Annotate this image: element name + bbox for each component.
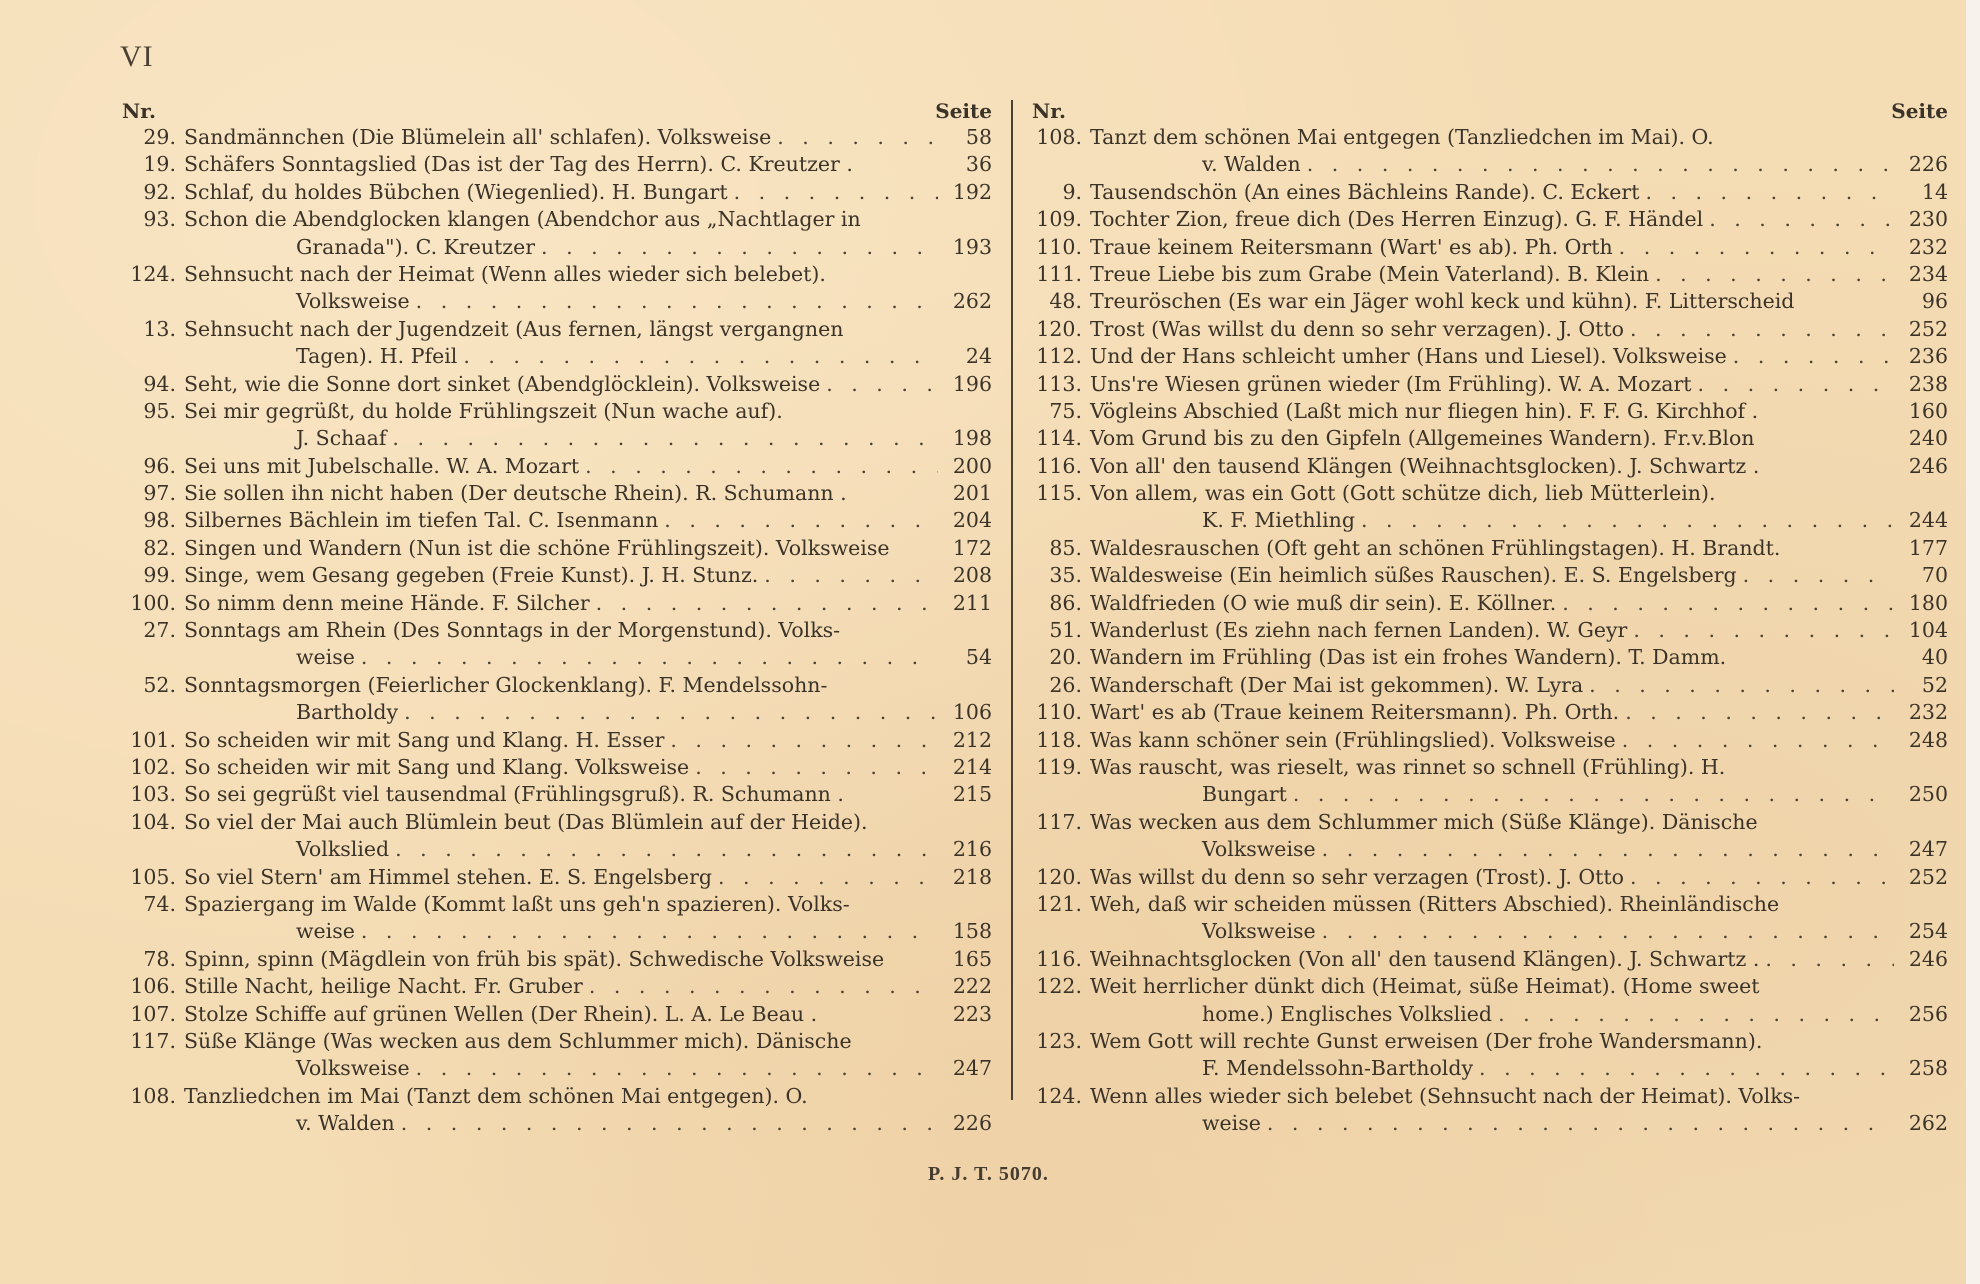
index-entry: 74.Spaziergang im Walde (Kommt laßt uns …	[112, 891, 992, 918]
entry-number: 115.	[1030, 480, 1090, 507]
entry-number: 86.	[1030, 590, 1090, 617]
index-entry: 96.Sei uns mit Jubelschalle. W. A. Mozar…	[112, 453, 992, 480]
page-reference: 246	[1900, 946, 1948, 973]
entry-title: Volksweise	[1202, 836, 1316, 863]
entry-number: 120.	[1030, 316, 1090, 343]
entry-number: 75.	[1030, 398, 1090, 425]
dot-leader: . . . . . . . . . . . . . . . . . . . . …	[1709, 206, 1894, 233]
page-reference: 262	[944, 288, 992, 315]
dot-leader: . . . . . . . . . . . . . . . . . . . . …	[695, 754, 938, 781]
page-reference: 52	[1900, 672, 1948, 699]
entry-title: Süße Klänge (Was wecken aus dem Schlumme…	[184, 1028, 852, 1055]
entry-number: 52.	[112, 672, 184, 699]
entry-number: 51.	[1030, 617, 1090, 644]
page-reference: 160	[1900, 398, 1948, 425]
entry-number: 20.	[1030, 644, 1090, 671]
index-list: 29.Sandmännchen (Die Blümelein all' schl…	[112, 124, 992, 1137]
page-reference: 222	[944, 973, 992, 1000]
page-reference: 244	[1900, 507, 1948, 534]
entry-title: Tagen). H. Pfeil	[296, 343, 457, 370]
entry-number: 13.	[112, 316, 184, 343]
dot-leader: . . . . . . . . . . . . . . . . . . . . …	[826, 371, 938, 398]
page-reference: 211	[944, 590, 992, 617]
dot-leader: . . . . . . . . . . . . . . . . . . . . …	[392, 425, 938, 452]
entry-number: 29.	[112, 124, 184, 151]
dot-leader: . . . . . . . . . . . . . . . . . . . . …	[764, 562, 938, 589]
entry-number: 99.	[112, 562, 184, 589]
dot-leader: . . . . . . . . . . . . . . . . . . . . …	[1743, 562, 1894, 589]
page-reference: 36	[944, 151, 992, 178]
index-entry: 86.Waldfrieden (O wie muß dir sein). E. …	[1030, 590, 1948, 617]
dot-leader: . . . . . . . . . . . . . . . . . . . . …	[1307, 151, 1894, 178]
column-divider	[1011, 100, 1013, 1100]
index-entry: 116.Von all' den tausend Klängen (Weihna…	[1030, 453, 1948, 480]
page-reference: 70	[1900, 562, 1948, 589]
entry-number: 123.	[1030, 1028, 1090, 1055]
entry-title: Volksweise	[296, 288, 410, 315]
page-header: Seite	[935, 98, 992, 124]
dot-leader: . . . . . . . . . . . . . . . . . . . . …	[777, 124, 938, 151]
entry-number: 117.	[112, 1028, 184, 1055]
entry-title: Schlaf, du holdes Bübchen (Wiegenlied). …	[184, 179, 728, 206]
page-edge	[1966, 0, 1980, 1284]
nr-header: Nr.	[122, 98, 156, 124]
entry-title: Vom Grund bis zu den Gipfeln (Allgemeine…	[1090, 425, 1755, 452]
index-entry: 29.Sandmännchen (Die Blümelein all' schl…	[112, 124, 992, 151]
dot-leader: . . . . . . . . . . . . . . . . . . . . …	[541, 234, 938, 261]
dot-leader: . . . . . . . . . . . . . . . . . . . . …	[1293, 781, 1894, 808]
entry-title: F. Mendelssohn-Bartholdy	[1202, 1055, 1473, 1082]
page-reference: 200	[944, 453, 992, 480]
entry-title: Was wecken aus dem Schlummer mich (Süße …	[1090, 809, 1758, 836]
index-entry: 75.Vögleins Abschied (Laßt mich nur flie…	[1030, 398, 1948, 425]
entry-title: Waldesweise (Ein heimlich süßes Rauschen…	[1090, 562, 1737, 589]
dot-leader: . . . . . . . . . . . . . . . . . . . . …	[734, 179, 938, 206]
entry-title: Granada"). C. Kreutzer	[296, 234, 535, 261]
index-entry: 101.So scheiden wir mit Sang und Klang. …	[112, 727, 992, 754]
entry-number: 82.	[112, 535, 184, 562]
entry-title: So scheiden wir mit Sang und Klang. H. E…	[184, 727, 664, 754]
page-reference: 246	[1900, 453, 1948, 480]
entry-title: Wanderlust (Es ziehn nach fernen Landen)…	[1090, 617, 1627, 644]
entry-title: Volksweise	[296, 1055, 410, 1082]
entry-number: 74.	[112, 891, 184, 918]
index-column-right: Nr. Seite 108.Tanzt dem schönen Mai entg…	[1030, 98, 1948, 1137]
dot-leader: . . . . . . . . . . . . . . . . . . . . …	[1625, 699, 1894, 726]
index-entry: 52.Sonntagsmorgen (Feierlicher Glockenkl…	[112, 672, 992, 699]
page-reference: 214	[944, 754, 992, 781]
index-entry-continuation: J. Schaaf. . . . . . . . . . . . . . . .…	[112, 425, 992, 452]
page-reference: 256	[1900, 1001, 1948, 1028]
entry-title: Sonntags am Rhein (Des Sonntags in der M…	[184, 617, 840, 644]
dot-leader: . . . . . . . . . . . . . . . . . . . . …	[361, 644, 938, 671]
entry-title: Wandern im Frühling (Das ist ein frohes …	[1090, 644, 1726, 671]
dot-leader: . . . . . . . . . . . . . . . . . . . . …	[596, 590, 938, 617]
entry-title: weise	[296, 918, 355, 945]
dot-leader: . . . . . . . . . . . . . . . . . . . . …	[463, 343, 938, 370]
index-entry: 13.Sehnsucht nach der Jugendzeit (Aus fe…	[112, 316, 992, 343]
dot-leader: . . . . . . . . . . . . . . . . . . . . …	[1630, 316, 1894, 343]
entry-title: Schon die Abendglocken klangen (Abendcho…	[184, 206, 861, 233]
column-header: Nr. Seite	[1030, 98, 1948, 124]
page-reference: 193	[944, 234, 992, 261]
entry-title: Volkslied	[296, 836, 389, 863]
dot-leader: . . . . . . . . . . . . . . . . . . . . …	[416, 1055, 938, 1082]
index-entry: 35.Waldesweise (Ein heimlich süßes Rausc…	[1030, 562, 1948, 589]
page-reference: 24	[944, 343, 992, 370]
entry-number: 106.	[112, 973, 184, 1000]
dot-leader: . . . . . . . . . . . . . . . . . . . . …	[1765, 946, 1894, 973]
page-reference: 262	[1900, 1110, 1948, 1137]
index-entry: 104.So viel der Mai auch Blümlein beut (…	[112, 809, 992, 836]
entry-title: Weit herrlicher dünkt dich (Heimat, süße…	[1090, 973, 1760, 1000]
entry-title: Traue keinem Reitersmann (Wart' es ab). …	[1090, 234, 1613, 261]
page-number: VI	[120, 40, 154, 74]
entry-number: 111.	[1030, 261, 1090, 288]
entry-title: Von allem, was ein Gott (Gott schütze di…	[1090, 480, 1716, 507]
index-entry: 120.Trost (Was willst du denn so sehr ve…	[1030, 316, 1948, 343]
page-reference: 212	[944, 727, 992, 754]
index-entry-continuation: weise. . . . . . . . . . . . . . . . . .…	[1030, 1110, 1948, 1137]
entry-title: Sehnsucht nach der Heimat (Wenn alles wi…	[184, 261, 826, 288]
page-reference: 252	[1900, 316, 1948, 343]
entry-number: 35.	[1030, 562, 1090, 589]
page-reference: 258	[1900, 1055, 1948, 1082]
entry-title: So nimm denn meine Hände. F. Silcher	[184, 590, 590, 617]
entry-title: weise	[1202, 1110, 1261, 1137]
entry-title: Sie sollen ihn nicht haben (Der deutsche…	[184, 480, 847, 507]
entry-number: 118.	[1030, 727, 1090, 754]
entry-number: 27.	[112, 617, 184, 644]
entry-title: So viel Stern' am Himmel stehen. E. S. E…	[184, 864, 712, 891]
index-entry: 121.Weh, daß wir scheiden müssen (Ritter…	[1030, 891, 1948, 918]
index-entry: 106.Stille Nacht, heilige Nacht. Fr. Gru…	[112, 973, 992, 1000]
entry-title: Volksweise	[1202, 918, 1316, 945]
index-entry: 119.Was rauscht, was rieselt, was rinnet…	[1030, 754, 1948, 781]
entry-title: Vögleins Abschied (Laßt mich nur fliegen…	[1090, 398, 1758, 425]
index-entry: 93.Schon die Abendglocken klangen (Abend…	[112, 206, 992, 233]
dot-leader: . . . . . . . . . . . . . . . . . . . . …	[416, 288, 938, 315]
index-entry: 9.Tausendschön (An eines Bächleins Rande…	[1030, 179, 1948, 206]
page-reference: 106	[944, 699, 992, 726]
entry-number: 122.	[1030, 973, 1090, 1000]
index-entry-continuation: weise. . . . . . . . . . . . . . . . . .…	[112, 918, 992, 945]
entry-number: 94.	[112, 371, 184, 398]
index-entry-continuation: Volksweise. . . . . . . . . . . . . . . …	[1030, 836, 1948, 863]
index-entry: 103.So sei gegrüßt viel tausendmal (Früh…	[112, 781, 992, 808]
index-entry: 78.Spinn, spinn (Mägdlein von früh bis s…	[112, 946, 992, 973]
page-reference: 198	[944, 425, 992, 452]
entry-title: Sehnsucht nach der Jugendzeit (Aus ferne…	[184, 316, 843, 343]
index-entry: 122.Weit herrlicher dünkt dich (Heimat, …	[1030, 973, 1948, 1000]
dot-leader: . . . . . . . . . . . . . . . . . . . . …	[1619, 234, 1894, 261]
entry-number: 112.	[1030, 343, 1090, 370]
index-entry: 48.Treuröschen (Es war ein Jäger wohl ke…	[1030, 288, 1948, 315]
entry-number: 109.	[1030, 206, 1090, 233]
entry-title: Seht, wie die Sonne dort sinket (Abendgl…	[184, 371, 820, 398]
index-entry: 97.Sie sollen ihn nicht haben (Der deuts…	[112, 480, 992, 507]
dot-leader: . . . . . . . . . . . . . . . . . . . . …	[1479, 1055, 1894, 1082]
index-entry: 99.Singe, wem Gesang gegeben (Freie Kuns…	[112, 562, 992, 589]
dot-leader: . . . . . . . . . . . . . . . . . . . . …	[1698, 371, 1894, 398]
index-entry: 26.Wanderschaft (Der Mai ist gekommen). …	[1030, 672, 1948, 699]
entry-title: Spinn, spinn (Mägdlein von früh bis spät…	[184, 946, 884, 973]
index-entry: 27.Sonntags am Rhein (Des Sonntags in de…	[112, 617, 992, 644]
dot-leader: . . . . . . . . . . . . . . . . . . . . …	[589, 973, 938, 1000]
dot-leader: . . . . . . . . . . . . . . . . . . . . …	[1633, 617, 1894, 644]
dot-leader: . . . . . . . . . . . . . . . . . . . . …	[1322, 836, 1894, 863]
entry-number: 121.	[1030, 891, 1090, 918]
index-entry: 118.Was kann schöner sein (Frühlingslied…	[1030, 727, 1948, 754]
entry-title: So sei gegrüßt viel tausendmal (Frühling…	[184, 781, 844, 808]
index-entry-continuation: F. Mendelssohn-Bartholdy. . . . . . . . …	[1030, 1055, 1948, 1082]
dot-leader: . . . . . . . . . . . . . . . . . . . . …	[1733, 343, 1894, 370]
entry-number: 119.	[1030, 754, 1090, 781]
dot-leader: . . . . . . . . . . . . . . . . . . . . …	[1322, 918, 1894, 945]
page-reference: 58	[944, 124, 992, 151]
column-header: Nr. Seite	[112, 98, 992, 124]
index-entry: 98.Silbernes Bächlein im tiefen Tal. C. …	[112, 507, 992, 534]
page-reference: 232	[1900, 699, 1948, 726]
index-entry: 108.Tanzliedchen im Mai (Tanzt dem schön…	[112, 1083, 992, 1110]
index-entry: 82.Singen und Wandern (Nun ist die schön…	[112, 535, 992, 562]
index-entry: 110.Traue keinem Reitersmann (Wart' es a…	[1030, 234, 1948, 261]
index-entry: 110.Wart' es ab (Traue keinem Reitersman…	[1030, 699, 1948, 726]
entry-title: Stille Nacht, heilige Nacht. Fr. Gruber	[184, 973, 583, 1000]
entry-title: Weh, daß wir scheiden müssen (Ritters Ab…	[1090, 891, 1779, 918]
index-entry: 95.Sei mir gegrüßt, du holde Frühlingsze…	[112, 398, 992, 425]
page-header: Seite	[1891, 98, 1948, 124]
page-reference: 226	[1900, 151, 1948, 178]
dot-leader: . . . . . . . . . . . . . . . . . . . . …	[585, 453, 938, 480]
page-reference: 250	[1900, 781, 1948, 808]
index-list: 108.Tanzt dem schönen Mai entgegen (Tanz…	[1030, 124, 1948, 1137]
page-reference: 172	[944, 535, 992, 562]
index-entry: 111.Treue Liebe bis zum Grabe (Mein Vate…	[1030, 261, 1948, 288]
entry-title: Tanzt dem schönen Mai entgegen (Tanzlied…	[1090, 124, 1714, 151]
entry-number: 113.	[1030, 371, 1090, 398]
entry-number: 95.	[112, 398, 184, 425]
entry-number: 85.	[1030, 535, 1090, 562]
entry-title: Uns're Wiesen grünen wieder (Im Frühling…	[1090, 371, 1692, 398]
entry-title: Spaziergang im Walde (Kommt laßt uns geh…	[184, 891, 850, 918]
print-code: P. J. T. 5070.	[928, 1163, 1049, 1186]
page-reference: 104	[1900, 617, 1948, 644]
dot-leader: . . . . . . . . . . . . . . . . . . . . …	[1498, 1001, 1894, 1028]
entry-number: 117.	[1030, 809, 1090, 836]
entry-number: 102.	[112, 754, 184, 781]
dot-leader: . . . . . . . . . . . . . . . . . . . . …	[401, 1110, 938, 1137]
entry-title: Singen und Wandern (Nun ist die schöne F…	[184, 535, 890, 562]
entry-title: Wanderschaft (Der Mai ist gekommen). W. …	[1090, 672, 1583, 699]
entry-title: home.) Englisches Volkslied	[1202, 1001, 1492, 1028]
index-entry-continuation: Bartholdy. . . . . . . . . . . . . . . .…	[112, 699, 992, 726]
entry-title: Was kann schöner sein (Frühlingslied). V…	[1090, 727, 1616, 754]
page-reference: 158	[944, 918, 992, 945]
entry-title: K. F. Miethling	[1202, 507, 1355, 534]
page-reference: 226	[944, 1110, 992, 1137]
index-column-left: Nr. Seite 29.Sandmännchen (Die Blümelein…	[112, 98, 992, 1137]
page-reference: 201	[944, 480, 992, 507]
page-reference: 96	[1900, 288, 1948, 315]
index-entry-continuation: home.) Englisches Volkslied. . . . . . .…	[1030, 1001, 1948, 1028]
page-reference: 230	[1900, 206, 1948, 233]
index-entry-continuation: v. Walden. . . . . . . . . . . . . . . .…	[1030, 151, 1948, 178]
entry-number: 78.	[112, 946, 184, 973]
page-reference: 204	[944, 507, 992, 534]
index-entry: 124.Wenn alles wieder sich belebet (Sehn…	[1030, 1083, 1948, 1110]
page-reference: 236	[1900, 343, 1948, 370]
dot-leader: . . . . . . . . . . . . . . . . . . . . …	[404, 699, 938, 726]
nr-header: Nr.	[1032, 98, 1066, 124]
index-entry: 109.Tochter Zion, freue dich (Des Herren…	[1030, 206, 1948, 233]
entry-number: 116.	[1030, 453, 1090, 480]
entry-number: 114.	[1030, 425, 1090, 452]
index-entry: 105.So viel Stern' am Himmel stehen. E. …	[112, 864, 992, 891]
page-reference: 14	[1900, 179, 1948, 206]
page-reference: 254	[1900, 918, 1948, 945]
index-entry: 116.Weihnachtsglocken (Von all' den taus…	[1030, 946, 1948, 973]
entry-number: 93.	[112, 206, 184, 233]
index-entry: 108.Tanzt dem schönen Mai entgegen (Tanz…	[1030, 124, 1948, 151]
entry-title: So scheiden wir mit Sang und Klang. Volk…	[184, 754, 689, 781]
index-entry: 120.Was willst du denn so sehr verzagen …	[1030, 864, 1948, 891]
page-reference: 218	[944, 864, 992, 891]
dot-leader: . . . . . . . . . . . . . . . . . . . . …	[361, 918, 938, 945]
entry-number: 98.	[112, 507, 184, 534]
entry-title: Bartholdy	[296, 699, 398, 726]
entry-number: 108.	[112, 1083, 184, 1110]
entry-title: v. Walden	[296, 1110, 395, 1137]
entry-title: Singe, wem Gesang gegeben (Freie Kunst).…	[184, 562, 758, 589]
entry-number: 110.	[1030, 234, 1090, 261]
entry-number: 108.	[1030, 124, 1090, 151]
index-entry: 124.Sehnsucht nach der Heimat (Wenn alle…	[112, 261, 992, 288]
index-entry: 112.Und der Hans schleicht umher (Hans u…	[1030, 343, 1948, 370]
entry-number: 26.	[1030, 672, 1090, 699]
entry-number: 101.	[112, 727, 184, 754]
dot-leader: . . . . . . . . . . . . . . . . . . . . …	[664, 507, 938, 534]
page-reference: 208	[944, 562, 992, 589]
dot-leader: . . . . . . . . . . . . . . . . . . . . …	[1562, 590, 1894, 617]
entry-title: Wart' es ab (Traue keinem Reitersmann). …	[1090, 699, 1619, 726]
entry-title: Wenn alles wieder sich belebet (Sehnsuch…	[1090, 1083, 1800, 1110]
entry-number: 48.	[1030, 288, 1090, 315]
entry-number: 100.	[112, 590, 184, 617]
index-entry: 92.Schlaf, du holdes Bübchen (Wiegenlied…	[112, 179, 992, 206]
dot-leader: . . . . . . . . . . . . . . . . . . . . …	[1630, 864, 1894, 891]
dot-leader: . . . . . . . . . . . . . . . . . . . . …	[1267, 1110, 1894, 1137]
index-entry-continuation: v. Walden. . . . . . . . . . . . . . . .…	[112, 1110, 992, 1137]
entry-number: 9.	[1030, 179, 1090, 206]
entry-title: J. Schaaf	[296, 425, 386, 452]
entry-title: Waldfrieden (O wie muß dir sein). E. Köl…	[1090, 590, 1556, 617]
entry-title: Was willst du denn so sehr verzagen (Tro…	[1090, 864, 1624, 891]
index-entry: 94.Seht, wie die Sonne dort sinket (Aben…	[112, 371, 992, 398]
entry-title: Schäfers Sonntagslied (Das ist der Tag d…	[184, 151, 853, 178]
entry-title: Weihnachtsglocken (Von all' den tausend …	[1090, 946, 1759, 973]
entry-number: 19.	[112, 151, 184, 178]
index-entry-continuation: Bungart. . . . . . . . . . . . . . . . .…	[1030, 781, 1948, 808]
page-reference: 223	[944, 1001, 992, 1028]
index-entry: 19.Schäfers Sonntagslied (Das ist der Ta…	[112, 151, 992, 178]
entry-number: 105.	[112, 864, 184, 891]
page-reference: 216	[944, 836, 992, 863]
entry-title: Bungart	[1202, 781, 1287, 808]
entry-title: Von all' den tausend Klängen (Weihnachts…	[1090, 453, 1759, 480]
entry-number: 104.	[112, 809, 184, 836]
page-reference: 240	[1900, 425, 1948, 452]
entry-title: Sei uns mit Jubelschalle. W. A. Mozart	[184, 453, 579, 480]
page-reference: 247	[1900, 836, 1948, 863]
index-entry: 107.Stolze Schiffe auf grünen Wellen (De…	[112, 1001, 992, 1028]
index-entry: 114.Vom Grund bis zu den Gipfeln (Allgem…	[1030, 425, 1948, 452]
dot-leader: . . . . . . . . . . . . . . . . . . . . …	[1645, 179, 1894, 206]
page-reference: 180	[1900, 590, 1948, 617]
entry-title: v. Walden	[1202, 151, 1301, 178]
entry-number: 116.	[1030, 946, 1090, 973]
entry-title: Stolze Schiffe auf grünen Wellen (Der Rh…	[184, 1001, 817, 1028]
page-reference: 40	[1900, 644, 1948, 671]
dot-leader: . . . . . . . . . . . . . . . . . . . . …	[1622, 727, 1894, 754]
entry-title: Tochter Zion, freue dich (Des Herren Ein…	[1090, 206, 1703, 233]
page-reference: 54	[944, 644, 992, 671]
index-entry: 115.Von allem, was ein Gott (Gott schütz…	[1030, 480, 1948, 507]
entry-number: 120.	[1030, 864, 1090, 891]
dot-leader: . . . . . . . . . . . . . . . . . . . . …	[718, 864, 938, 891]
entry-title: Sandmännchen (Die Blümelein all' schlafe…	[184, 124, 771, 151]
entry-title: Treue Liebe bis zum Grabe (Mein Vaterlan…	[1090, 261, 1649, 288]
entry-title: Silbernes Bächlein im tiefen Tal. C. Ise…	[184, 507, 658, 534]
entry-title: Wem Gott will rechte Gunst erweisen (Der…	[1090, 1028, 1762, 1055]
entry-number: 110.	[1030, 699, 1090, 726]
index-entry: 20.Wandern im Frühling (Das ist ein froh…	[1030, 644, 1948, 671]
index-entry-continuation: K. F. Miethling. . . . . . . . . . . . .…	[1030, 507, 1948, 534]
entry-title: Trost (Was willst du denn so sehr verzag…	[1090, 316, 1624, 343]
entry-title: weise	[296, 644, 355, 671]
entry-title: Sonntagsmorgen (Feierlicher Glockenklang…	[184, 672, 827, 699]
entry-number: 96.	[112, 453, 184, 480]
index-entry: 51.Wanderlust (Es ziehn nach fernen Land…	[1030, 617, 1948, 644]
page-reference: 238	[1900, 371, 1948, 398]
entry-title: Sei mir gegrüßt, du holde Frühlingszeit …	[184, 398, 783, 425]
index-entry: 102.So scheiden wir mit Sang und Klang. …	[112, 754, 992, 781]
index-entry-continuation: weise. . . . . . . . . . . . . . . . . .…	[112, 644, 992, 671]
page-reference: 247	[944, 1055, 992, 1082]
index-entry: 123.Wem Gott will rechte Gunst erweisen …	[1030, 1028, 1948, 1055]
entry-number: 124.	[112, 261, 184, 288]
index-entry: 117.Süße Klänge (Was wecken aus dem Schl…	[112, 1028, 992, 1055]
page-reference: 192	[944, 179, 992, 206]
page-reference: 252	[1900, 864, 1948, 891]
index-entry-continuation: Granada"). C. Kreutzer. . . . . . . . . …	[112, 234, 992, 261]
index-entry-continuation: Tagen). H. Pfeil. . . . . . . . . . . . …	[112, 343, 992, 370]
page-reference: 215	[944, 781, 992, 808]
entry-title: Tausendschön (An eines Bächleins Rande).…	[1090, 179, 1639, 206]
entry-number: 107.	[112, 1001, 184, 1028]
index-entry: 100.So nimm denn meine Hände. F. Silcher…	[112, 590, 992, 617]
dot-leader: . . . . . . . . . . . . . . . . . . . . …	[1655, 261, 1894, 288]
page-reference: 165	[944, 946, 992, 973]
entry-number: 97.	[112, 480, 184, 507]
page-reference: 196	[944, 371, 992, 398]
index-entry-continuation: Volkslied. . . . . . . . . . . . . . . .…	[112, 836, 992, 863]
index-entry-continuation: Volksweise. . . . . . . . . . . . . . . …	[112, 288, 992, 315]
entry-number: 103.	[112, 781, 184, 808]
dot-leader: . . . . . . . . . . . . . . . . . . . . …	[1361, 507, 1894, 534]
dot-leader: . . . . . . . . . . . . . . . . . . . . …	[395, 836, 938, 863]
entry-number: 92.	[112, 179, 184, 206]
